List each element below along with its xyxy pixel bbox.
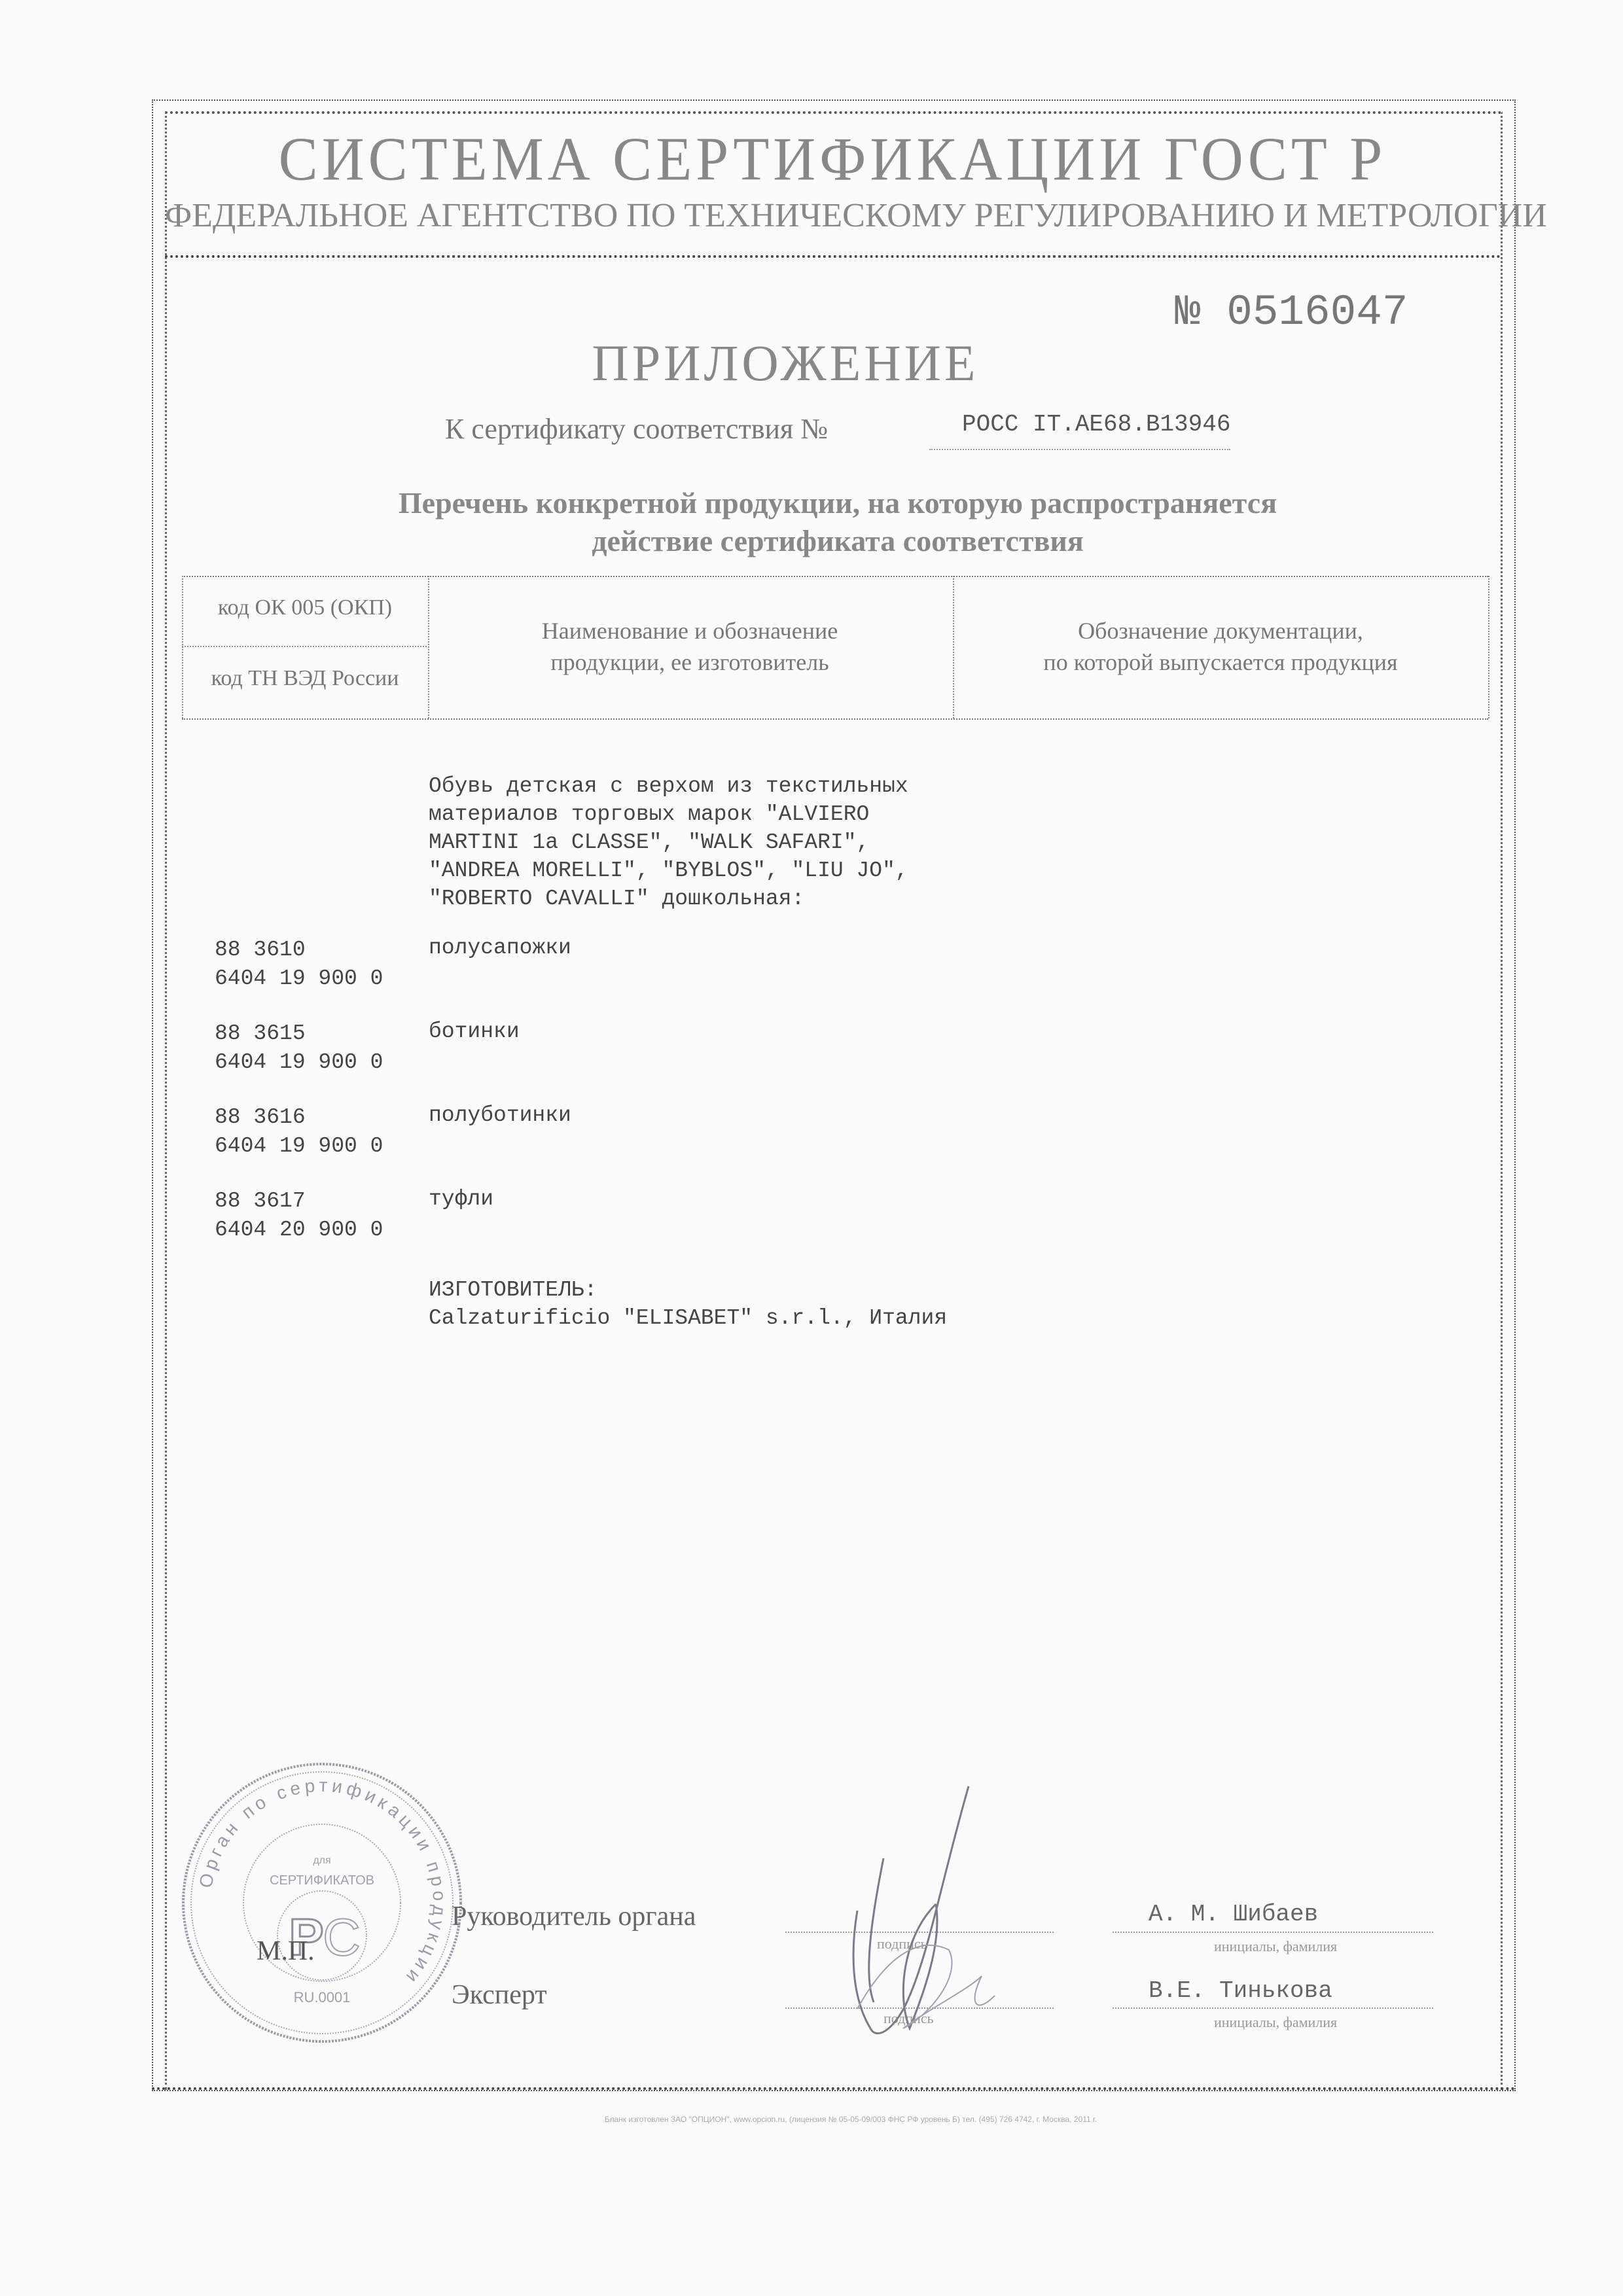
signature-role-expert: Эксперт <box>452 1979 547 2011</box>
certificate-ref-label: К сертификату соответствия № <box>445 412 828 446</box>
signature-role-head: Руководитель органа <box>452 1901 696 1932</box>
okp-code: 88 3616 <box>215 1103 383 1132</box>
svg-text:RU.0001: RU.0001 <box>294 1989 351 2005</box>
header-documentation-line1: Обозначение документации, <box>953 615 1488 646</box>
product-codes: 88 36166404 19 900 0 <box>215 1103 383 1161</box>
signature-name-head: А. М. Шибаев <box>1149 1901 1318 1928</box>
product-name: туфли <box>429 1187 493 1211</box>
svg-text:СЕРТИФИКАТОВ: СЕРТИФИКАТОВ <box>270 1873 374 1888</box>
form-number: № 0516047 <box>1175 288 1408 337</box>
list-heading-line1: Перечень конкретной продукции, на котору… <box>196 484 1479 522</box>
certificate-ref-underline <box>929 449 1230 450</box>
product-name: ботинки <box>429 1019 520 1044</box>
mp-label: М.П. <box>257 1935 315 1967</box>
signature-name-expert: В.Е. Тинькова <box>1149 1977 1332 2004</box>
product-codes: 88 36176404 20 900 0 <box>215 1187 383 1245</box>
okp-code: 88 3617 <box>215 1187 383 1216</box>
header-divider <box>165 255 1501 258</box>
table-col-codes-divider <box>182 646 427 647</box>
agency-title: ФЕДЕРАЛЬНОЕ АГЕНТСТВО ПО ТЕХНИЧЕСКОМУ РЕ… <box>165 196 1500 235</box>
page-title: ПРИЛОЖЕНИЕ <box>471 334 1099 393</box>
footer-divider <box>152 2087 1516 2090</box>
name-caption-expert: инициалы, фамилия <box>1214 2014 1337 2031</box>
svg-text:С: С <box>323 1908 361 1966</box>
tnved-code: 6404 20 900 0 <box>215 1216 383 1245</box>
header-documentation: Обозначение документации, по которой вып… <box>953 615 1488 678</box>
certificate-ref-value: РОСС IT.АЕ68.В13946 <box>962 411 1230 438</box>
okp-code: 88 3615 <box>215 1019 383 1048</box>
header-product-name-line1: Наименование и обозначение <box>427 615 953 646</box>
tnved-code: 6404 19 900 0 <box>215 1048 383 1077</box>
header-code-tnved: код ТН ВЭД России <box>182 666 428 691</box>
product-codes: 88 36156404 19 900 0 <box>215 1019 383 1077</box>
okp-code: 88 3610 <box>215 936 383 964</box>
system-title: СИСТЕМА СЕРТИФИКАЦИИ ГОСТ Р <box>165 124 1500 194</box>
header-code-okp: код ОК 005 (ОКП) <box>182 595 428 620</box>
list-heading-line2: действие сертификата соответствия <box>196 522 1479 560</box>
manufacturer: ИЗГОТОВИТЕЛЬ:Calzaturificio "ELISABET" s… <box>429 1276 947 1332</box>
name-line-head <box>1113 1932 1433 1933</box>
header-product-name-line2: продукции, ее изготовитель <box>427 646 953 678</box>
header-product-name: Наименование и обозначение продукции, ее… <box>427 615 953 678</box>
name-caption-head: инициалы, фамилия <box>1214 1938 1337 1955</box>
product-description: Обувь детская с верхом из текстильных ма… <box>429 772 908 913</box>
manufacturer-label: ИЗГОТОВИТЕЛЬ: <box>429 1276 947 1304</box>
header-documentation-line2: по которой выпускается продукция <box>953 646 1488 678</box>
list-heading: Перечень конкретной продукции, на котору… <box>196 484 1479 560</box>
name-line-expert <box>1113 2007 1433 2009</box>
svg-text:для: для <box>313 1855 330 1866</box>
product-codes: 88 36106404 19 900 0 <box>215 936 383 993</box>
tnved-code: 6404 19 900 0 <box>215 1132 383 1161</box>
product-name: полусапожки <box>429 936 571 960</box>
stamp-seal-icon: Орган по сертификации продукции для СЕРТ… <box>178 1759 466 2047</box>
product-name: полуботинки <box>429 1103 571 1127</box>
handwritten-signature-icon <box>811 1780 1047 2055</box>
form-print-info: Бланк изготовлен ЗАО "ОПЦИОН", www.opcio… <box>458 2115 1243 2124</box>
manufacturer-value: Calzaturificio "ELISABET" s.r.l., Италия <box>429 1304 947 1332</box>
tnved-code: 6404 19 900 0 <box>215 964 383 993</box>
certification-stamp: Орган по сертификации продукции для СЕРТ… <box>178 1759 466 2047</box>
